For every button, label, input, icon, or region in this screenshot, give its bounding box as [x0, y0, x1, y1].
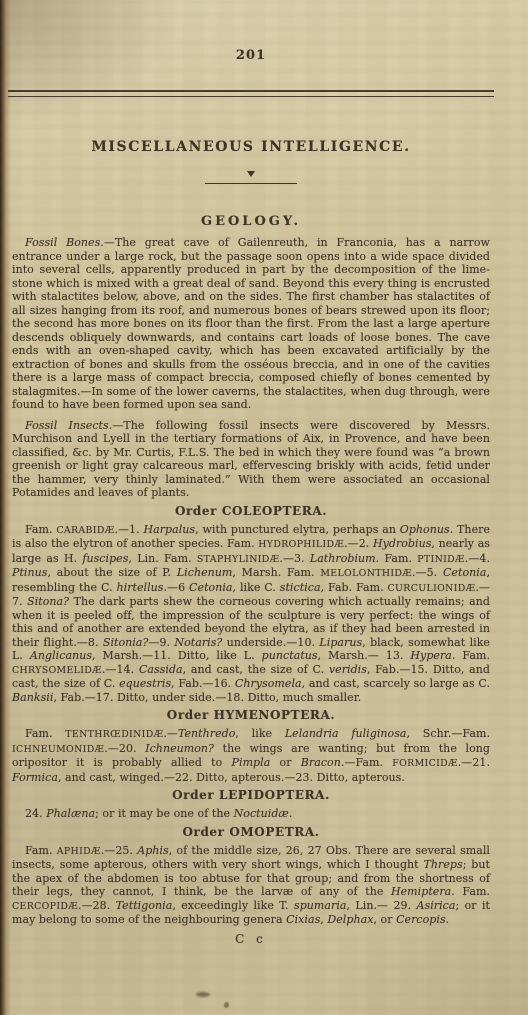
section-ornament-icon [247, 171, 255, 177]
order-heading-coleoptera: Order COLEOPTERA. [12, 504, 490, 518]
ornament-rule [205, 183, 297, 184]
page-content: 201 MISCELLANEOUS INTELLIGENCE. GEOLOGY.… [0, 0, 528, 946]
header-double-rule [8, 90, 494, 97]
paragraph-coleoptera: Fam. CARABIDÆ.—1. Harpalus, with punctur… [12, 523, 490, 705]
order-heading-hymenoptera: Order HYMENOPTERA. [12, 708, 490, 722]
signature-mark: C c [12, 932, 490, 946]
order-heading-lepidoptera: Order LEPIDOPTERA. [12, 788, 490, 802]
paragraph-fossil-insects: Fossil Insects.—The following fossil ins… [12, 419, 490, 500]
paragraph-hymenoptera: Fam. TENTHRŒDINIDÆ.—Tenthredo, like Lela… [12, 727, 490, 784]
page-title: MISCELLANEOUS INTELLIGENCE. [12, 139, 490, 155]
scanned-book-page: 201 MISCELLANEOUS INTELLIGENCE. GEOLOGY.… [0, 0, 528, 1015]
section-heading-geology: GEOLOGY. [12, 214, 490, 229]
paragraph-lepidoptera: 24. Phalæna; or it may be one of the Noc… [12, 807, 490, 821]
ink-smudge [196, 992, 210, 997]
paragraph-fossil-bones: Fossil Bones.—The great cave of Gailenre… [12, 236, 490, 412]
paragraph-omopetra: Fam. APHIDÆ.—25. Aphis, of the middle si… [12, 844, 490, 927]
page-number: 201 [12, 48, 490, 63]
order-heading-omopetra: Order OMOPETRA. [12, 825, 490, 839]
